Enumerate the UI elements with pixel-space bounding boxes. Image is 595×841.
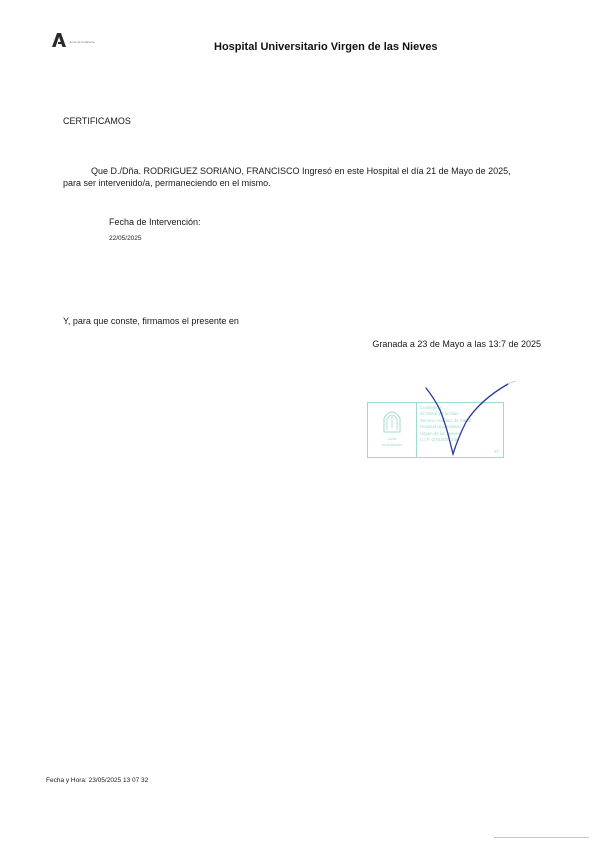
stamp-emblem-panel: Junta de Andalucía [368,403,417,457]
certify-heading: CERTIFICAMOS [63,116,131,126]
signature [420,380,520,475]
hospital-title: Hospital Universitario Virgen de las Nie… [214,41,438,53]
intervention-date-label: Fecha de Intervención: [109,217,201,227]
intervention-line: para ser intervenido/a, permaneciendo en… [63,178,271,188]
stamp-andalucia-text: de Andalucía [368,443,416,447]
print-timestamp: Fecha y Hora: 23/05/2025 13 07 32 [46,777,148,784]
closing-text: Y, para que conste, firmamos el presente… [63,316,239,326]
place-date: Granada a 23 de Mayo a las 13:7 de 2025 [372,339,541,349]
stamp-junta-text: Junta [368,437,416,441]
junta-andalucia-logo: Junta de Andalucía [52,33,112,49]
intervention-date-value: 22/05/2025 [109,235,142,242]
andalucia-emblem-icon [382,408,402,434]
admission-line: Que D./Dña. RODRIGUEZ SORIANO, FRANCISCO… [91,166,511,176]
logo-text: Junta de Andalucía [69,40,95,44]
bottom-rule [494,837,589,838]
logo-a-icon [52,33,66,47]
